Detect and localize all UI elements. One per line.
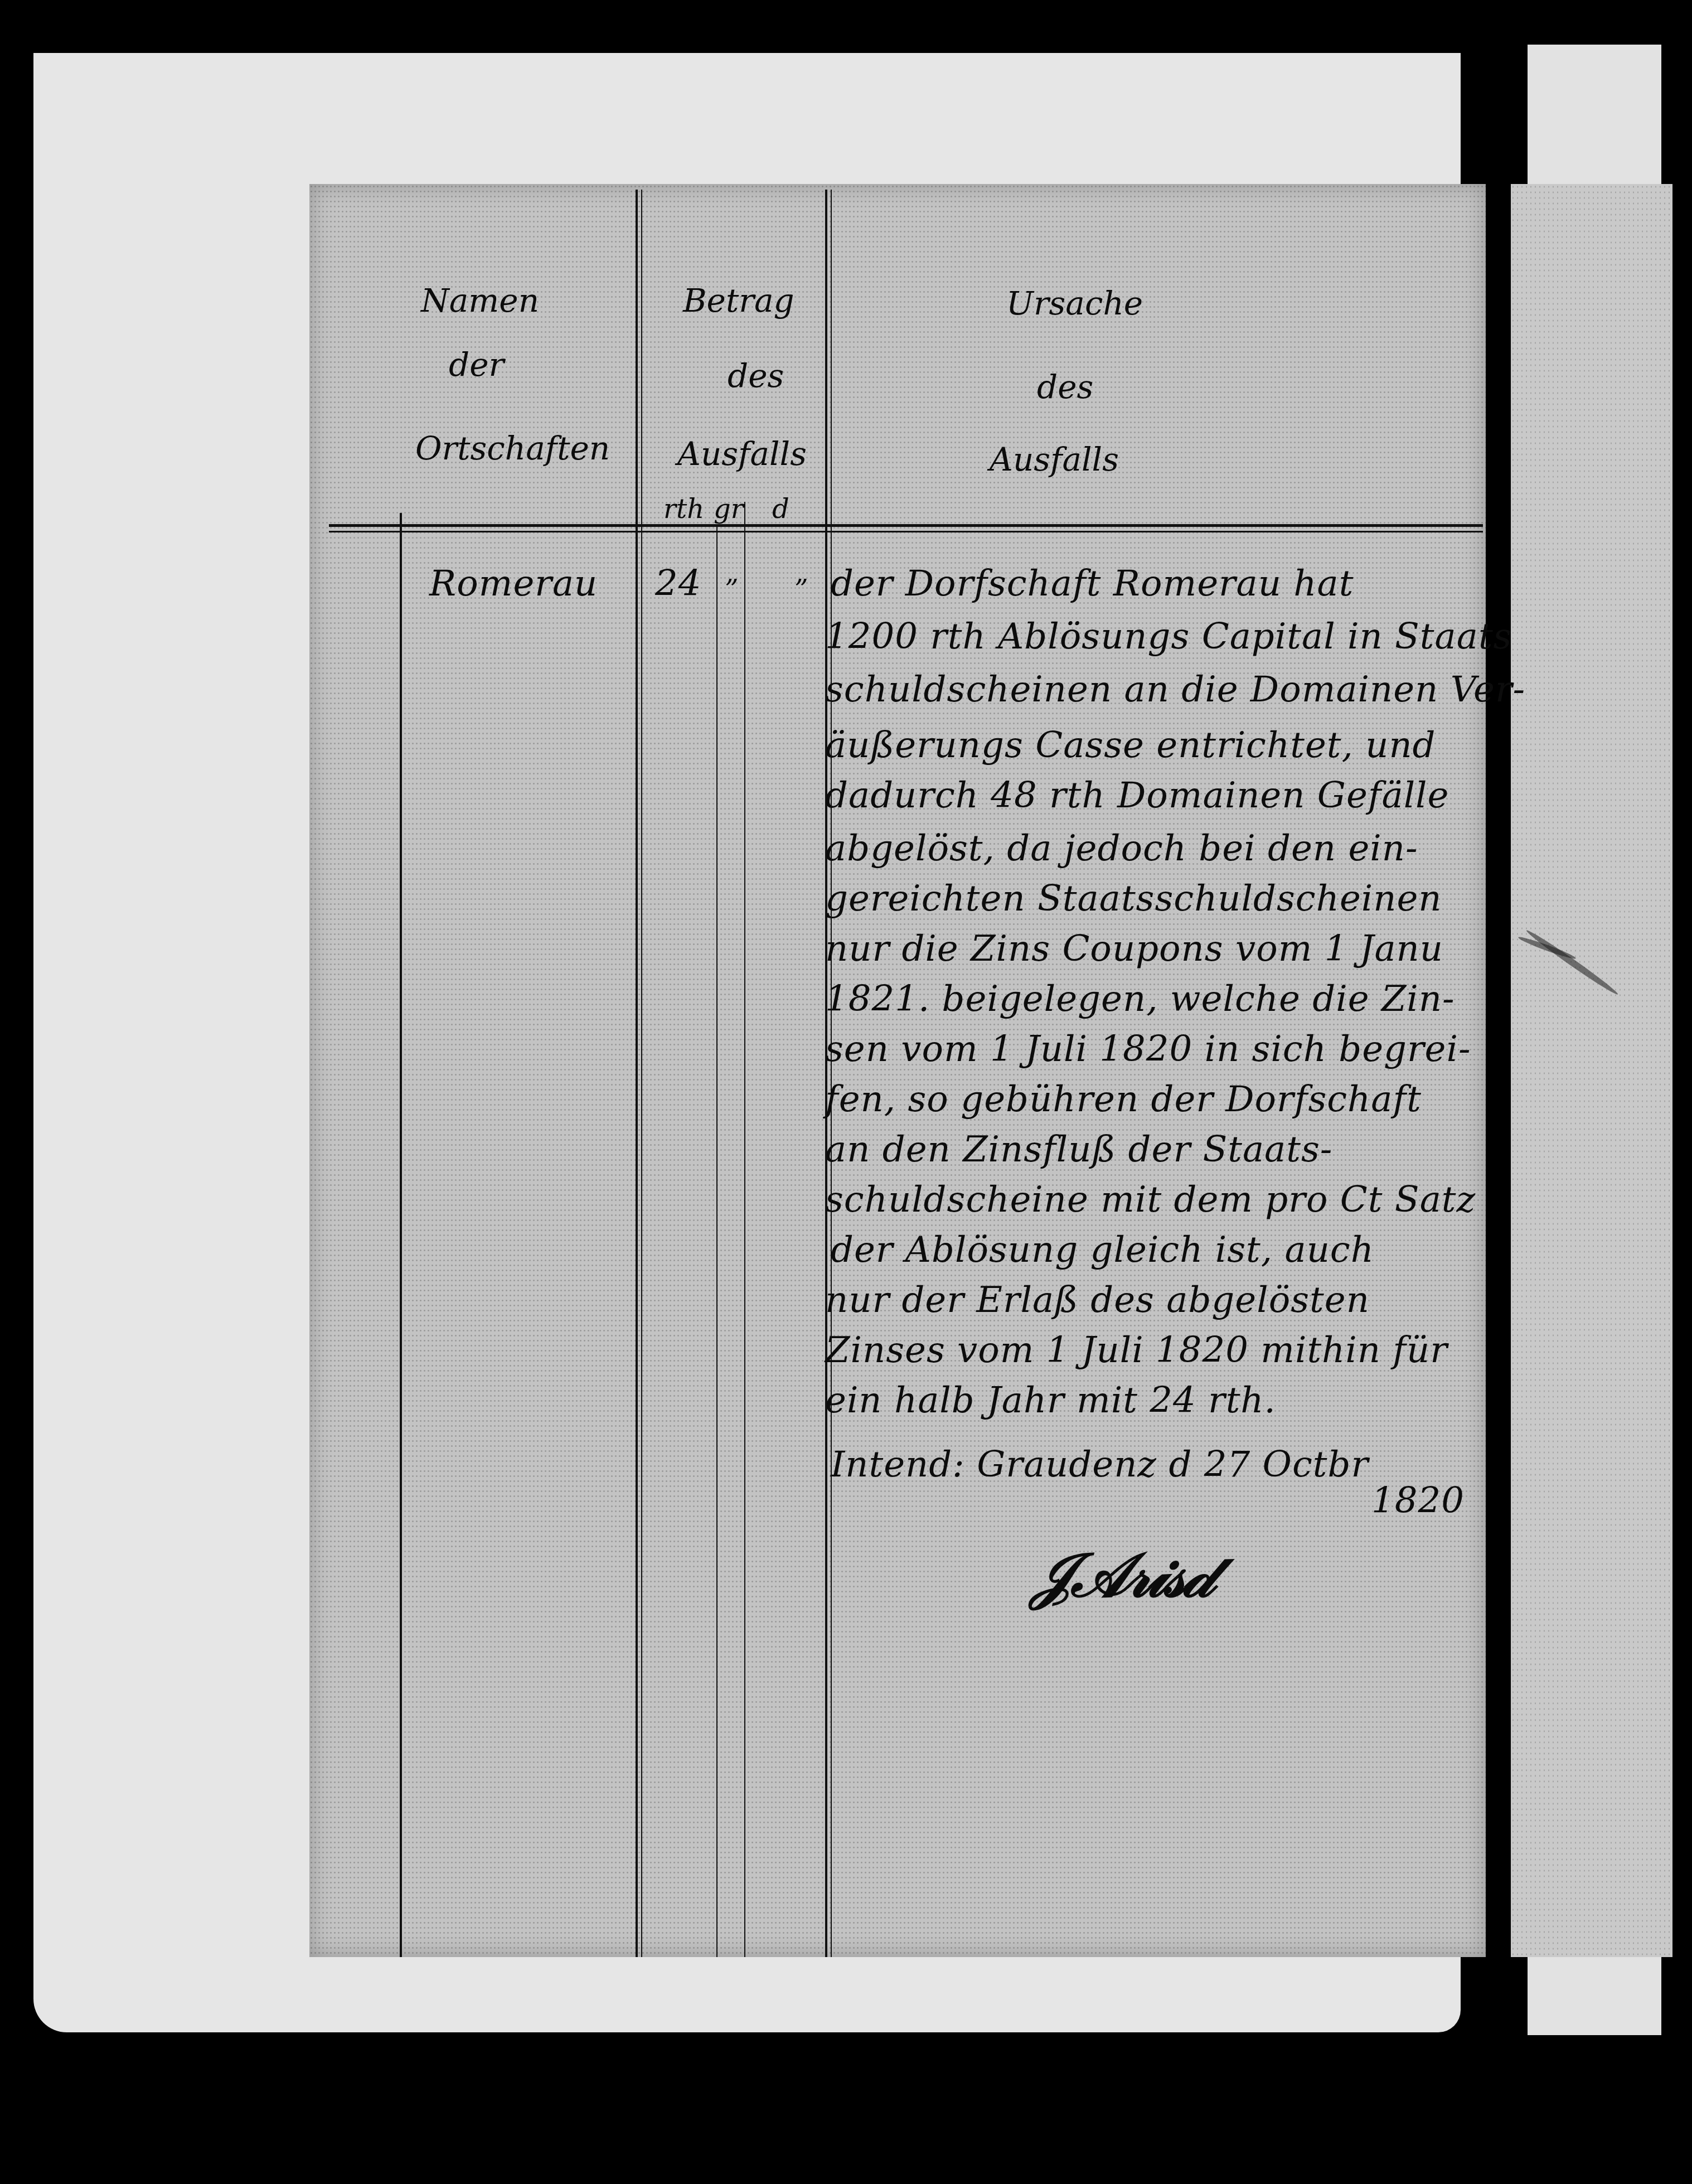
- ursache-line: nur die Zins Coupons vom 1 Janu: [825, 928, 1443, 970]
- column-rule-1b: [641, 190, 642, 1957]
- header-col3-line2: des: [1037, 368, 1093, 406]
- header-col1-line3: Ortschaften: [415, 429, 610, 467]
- ursache-line: dadurch 48 rth Domainen Gefälle: [825, 775, 1449, 816]
- ursache-line: sen vom 1 Juli 1820 in sich begrei-: [825, 1029, 1471, 1070]
- header-rule: [329, 524, 1483, 527]
- column-rule-gr: [716, 524, 717, 1957]
- subheader-rth: rth: [663, 493, 704, 525]
- ursache-line: äußerungs Casse entrichtet, und: [825, 725, 1436, 766]
- binding-gap: [1486, 0, 1511, 2184]
- ursache-line: nur der Erlaß des abgelösten: [825, 1280, 1370, 1321]
- ursache-line: schuldscheine mit dem pro Ct Satz: [825, 1179, 1476, 1221]
- header-col2-line2: des: [728, 357, 784, 395]
- column-rule-1: [636, 190, 638, 1957]
- ursache-line: gereichten Staatsschuldscheinen: [825, 878, 1442, 919]
- header-col2-line1: Betrag: [683, 282, 794, 319]
- header-col3-line1: Ursache: [1006, 284, 1143, 322]
- ortschaft-name: Romerau: [429, 563, 598, 604]
- subheader-gr: gr: [714, 493, 744, 525]
- ursache-line: ein halb Jahr mit 24 rth.: [825, 1380, 1276, 1421]
- subheader-d: d: [772, 493, 789, 525]
- left-margin-rule: [400, 513, 402, 1957]
- place-date-line: Intend: Graudenz d 27 Octbr: [831, 1444, 1369, 1485]
- ursache-line: der Ablösung gleich ist, auch: [831, 1229, 1374, 1271]
- ursache-line: 1821. beigelegen, welche die Zin-: [825, 979, 1455, 1020]
- ursache-line: fen, so gebühren der Dorfschaft: [825, 1079, 1422, 1120]
- year: 1820: [1371, 1480, 1465, 1522]
- ursache-line: schuldscheinen an die Domainen Ver-: [825, 669, 1525, 710]
- ursache-line: der Dorfschaft Romerau hat: [831, 563, 1354, 604]
- betrag-gr: ”: [725, 574, 739, 606]
- header-rule-double: [329, 531, 1483, 532]
- betrag-rth: 24: [655, 563, 701, 604]
- ursache-line: 1200 rth Ablösungs Capital in Staats: [825, 616, 1512, 657]
- column-rule-2b: [831, 190, 832, 1957]
- betrag-d: ”: [794, 574, 808, 606]
- header-col2-line3: Ausfalls: [677, 435, 807, 473]
- header-col1-line1: Namen: [421, 282, 539, 319]
- ursache-line: an den Zinsfluß der Staats-: [825, 1129, 1332, 1170]
- column-rule-2: [825, 190, 827, 1957]
- adjacent-page-strip: [1511, 184, 1672, 1957]
- ursache-line: Zinses vom 1 Juli 1820 mithin für: [825, 1330, 1448, 1371]
- signature: 𝒥𝒜𝓇𝒾𝓈𝒹: [1031, 1539, 1210, 1612]
- column-rule-d: [744, 502, 745, 1957]
- header-col3-line3: Ausfalls: [990, 440, 1119, 478]
- header-col1-line2: der: [449, 346, 504, 384]
- ursache-line: abgelöst, da jedoch bei den ein-: [825, 828, 1418, 869]
